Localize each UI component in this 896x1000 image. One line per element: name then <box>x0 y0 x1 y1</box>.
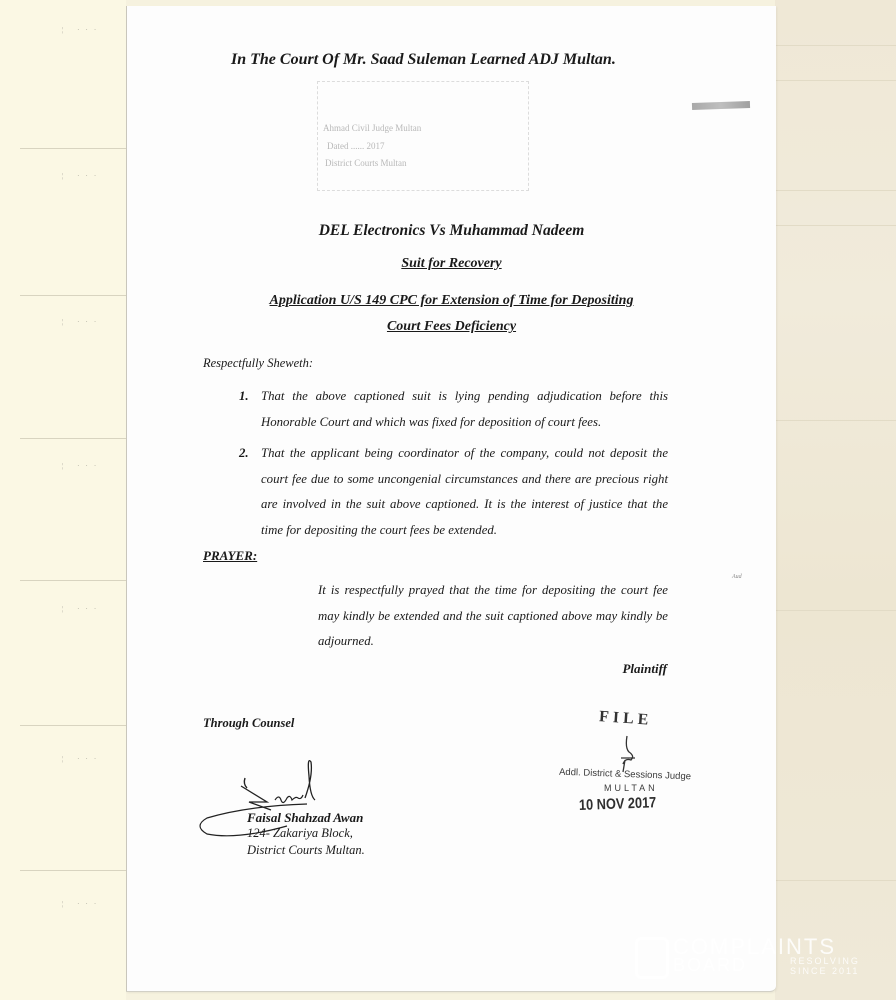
paragraph-text: That the applicant being coordinator of … <box>261 446 668 537</box>
ledger-rule <box>20 725 126 726</box>
ledger-mark: ¦ ··· <box>62 755 102 763</box>
file-stamp-word: FILE <box>598 708 652 730</box>
watermark-logo-icon <box>635 937 669 979</box>
prayer-text: It is respectfully prayed that the time … <box>318 578 668 655</box>
court-file-stamp: FILE Addl. District & Sessions Judge MUL… <box>547 706 717 836</box>
background-ledger-pages: ¦ ··· ¦ ··· ¦ ··· ¦ ··· ¦ ··· ¦ ··· ¦ ··… <box>0 0 126 1000</box>
watermark-tagline: RESOLVING <box>790 956 860 966</box>
court-heading: In The Court Of Mr. Saad Suleman Learned… <box>231 51 616 69</box>
application-title-continued: Court Fees Deficiency <box>127 319 776 335</box>
prayer-heading: PRAYER: <box>203 548 257 564</box>
redaction-mark <box>692 101 750 110</box>
ledger-rule <box>20 438 126 439</box>
paragraph-1: 1. That the above captioned suit is lyin… <box>261 384 668 435</box>
salutation: Respectfully Sheweth: <box>203 356 313 371</box>
ledger-rule <box>20 148 126 149</box>
stamp-date: 10 NOV 2017 <box>579 794 657 814</box>
faint-stamp-line: Ahmad Civil Judge Multan <box>323 123 421 133</box>
ledger-mark: ¦ ··· <box>62 26 102 34</box>
suit-type: Suit for Recovery <box>127 256 776 272</box>
ledger-mark: ¦ ··· <box>62 318 102 326</box>
counsel-address-line2: District Courts Multan. <box>247 843 365 858</box>
ledger-mark: ¦ ··· <box>62 462 102 470</box>
application-title: Application U/S 149 CPC for Extension of… <box>127 293 776 309</box>
counsel-name: Faisal Shahzad Awan <box>247 810 363 826</box>
through-counsel-label: Through Counsel <box>203 716 294 731</box>
counsel-address-line1: 124- Zakariya Block, <box>247 826 353 841</box>
paragraph-text: That the above captioned suit is lying p… <box>261 389 668 429</box>
ledger-rule <box>20 870 126 871</box>
paragraph-number: 2. <box>239 441 249 467</box>
stamp-city: MULTAN <box>604 783 658 793</box>
ledger-mark: ¦ ··· <box>62 172 102 180</box>
faint-stamp-impression: Ahmad Civil Judge Multan Dated ...... 20… <box>317 81 532 191</box>
party-label: Plaintiff <box>127 661 667 677</box>
paragraph-number: 1. <box>239 384 249 410</box>
ledger-mark: ¦ ··· <box>62 605 102 613</box>
faint-stamp-line: District Courts Multan <box>325 158 407 168</box>
complaints-board-watermark: COMPLAINTS BOARD RESOLVING SINCE 2011 <box>635 935 865 985</box>
margin-note: Aud <box>732 574 742 580</box>
watermark-brand-line2: BOARD <box>673 955 747 976</box>
stamp-office: Addl. District & Sessions Judge <box>559 767 691 783</box>
ledger-rule <box>20 580 126 581</box>
watermark-tagline-line2: SINCE 2011 <box>790 966 859 976</box>
faint-stamp-line: Dated ...... 2017 <box>327 141 385 151</box>
paragraph-2: 2. That the applicant being coordinator … <box>261 441 668 543</box>
court-application-document: In The Court Of Mr. Saad Suleman Learned… <box>126 6 776 992</box>
case-title: DEL Electronics Vs Muhammad Nadeem <box>127 222 776 240</box>
background-right-surface <box>775 0 896 1000</box>
ledger-mark: ¦ ··· <box>62 900 102 908</box>
ledger-rule <box>20 295 126 296</box>
